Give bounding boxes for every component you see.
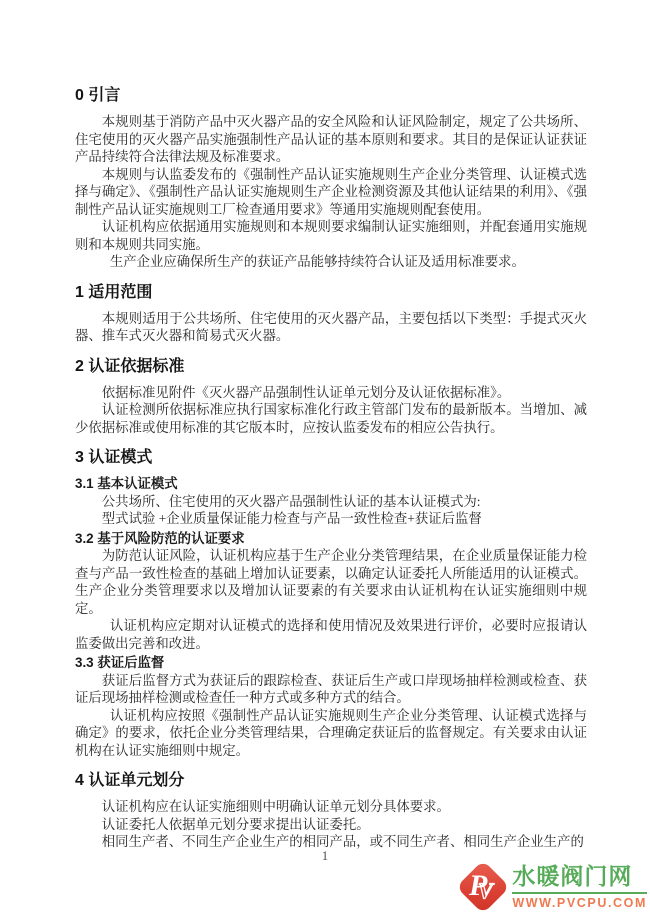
paragraph: 本规则与认监委发布的《强制性产品认证实施规则生产企业分类管理、认证模式选择与确定… <box>75 166 587 219</box>
paragraph: 认证检测所依据标准应执行国家标准化行政主管部门发布的最新版本。当增加、减少依据标… <box>75 401 587 436</box>
subsection-heading-3-3: 3.3 获证后监督 <box>75 654 587 672</box>
section-heading-1: 1 适用范围 <box>75 283 587 302</box>
paragraph: 认证委托人依据单元划分要求提出认证委托。 <box>75 816 587 834</box>
paragraph: 认证机构应依据通用实施规则和本规则要求编制认证实施细则，并配套通用实施规则和本规… <box>75 218 587 253</box>
section-heading-2: 2 认证依据标准 <box>75 357 587 376</box>
paragraph: 型式试验 +企业质量保证能力检查与产品一致性检查+获证后监督 <box>75 510 587 528</box>
paragraph: 获证后监督方式为获证后的跟踪检查、获证后生产或口岸现场抽样检测或检查、获证后现场… <box>75 672 587 707</box>
section-heading-4: 4 认证单元划分 <box>75 771 587 790</box>
document-page: 0 引言 本规则基于消防产品中灭火器产品的安全风险和认证风险制定，规定了公共场所… <box>0 0 650 920</box>
paragraph: 公共场所、住宅使用的灭火器产品强制性认证的基本认证模式为: <box>75 493 587 511</box>
paragraph: 生产企业应确保所生产的获证产品能够持续符合认证及适用标准要求。 <box>75 253 587 271</box>
paragraph: 本规则基于消防产品中灭火器产品的安全风险和认证风险制定，规定了公共场所、住宅使用… <box>75 113 587 166</box>
paragraph: 本规则适用于公共场所、住宅使用的灭火器产品，主要包括以下类型：手提式灭火器、推车… <box>75 310 587 345</box>
site-name: 水暖阀门网 <box>512 863 647 894</box>
paragraph: 认证机构应在认证实施细则中明确认证单元划分具体要求。 <box>75 798 587 816</box>
document-body: 0 引言 本规则基于消防产品中灭火器产品的安全风险和认证风险制定，规定了公共场所… <box>75 86 587 851</box>
paragraph: 认证机构应定期对认证模式的选择和使用情况及效果进行评价，必要时应报请认监委做出完… <box>75 617 587 652</box>
paragraph: 为防范认证风险，认证机构应基于生产企业分类管理结果，在企业质量保证能力检查与产品… <box>75 547 587 617</box>
pv-diamond-icon: P V <box>456 860 510 914</box>
subsection-heading-3-1: 3.1 基本认证模式 <box>75 475 587 493</box>
paragraph: 依据标准见附件《灭火器产品强制性认证单元划分及认证依据标准》。 <box>75 384 587 402</box>
section-heading-0: 0 引言 <box>75 86 587 105</box>
paragraph: 相同生产者、不同生产企业生产的相同产品，或不同生产者、相同生产企业生产的 <box>75 833 587 851</box>
paragraph: 认证机构应按照《强制性产品认证实施规则生产企业分类管理、认证模式选择与确定》的要… <box>75 707 587 760</box>
logo-letter-v: V <box>478 876 493 906</box>
site-url: WWW.PVCPU.COM <box>512 895 647 911</box>
site-logo: P V 水暖阀门网 WWW.PVCPU.COM <box>464 860 647 914</box>
section-heading-3: 3 认证模式 <box>75 448 587 467</box>
subsection-heading-3-2: 3.2 基于风险防范的认证要求 <box>75 530 587 548</box>
